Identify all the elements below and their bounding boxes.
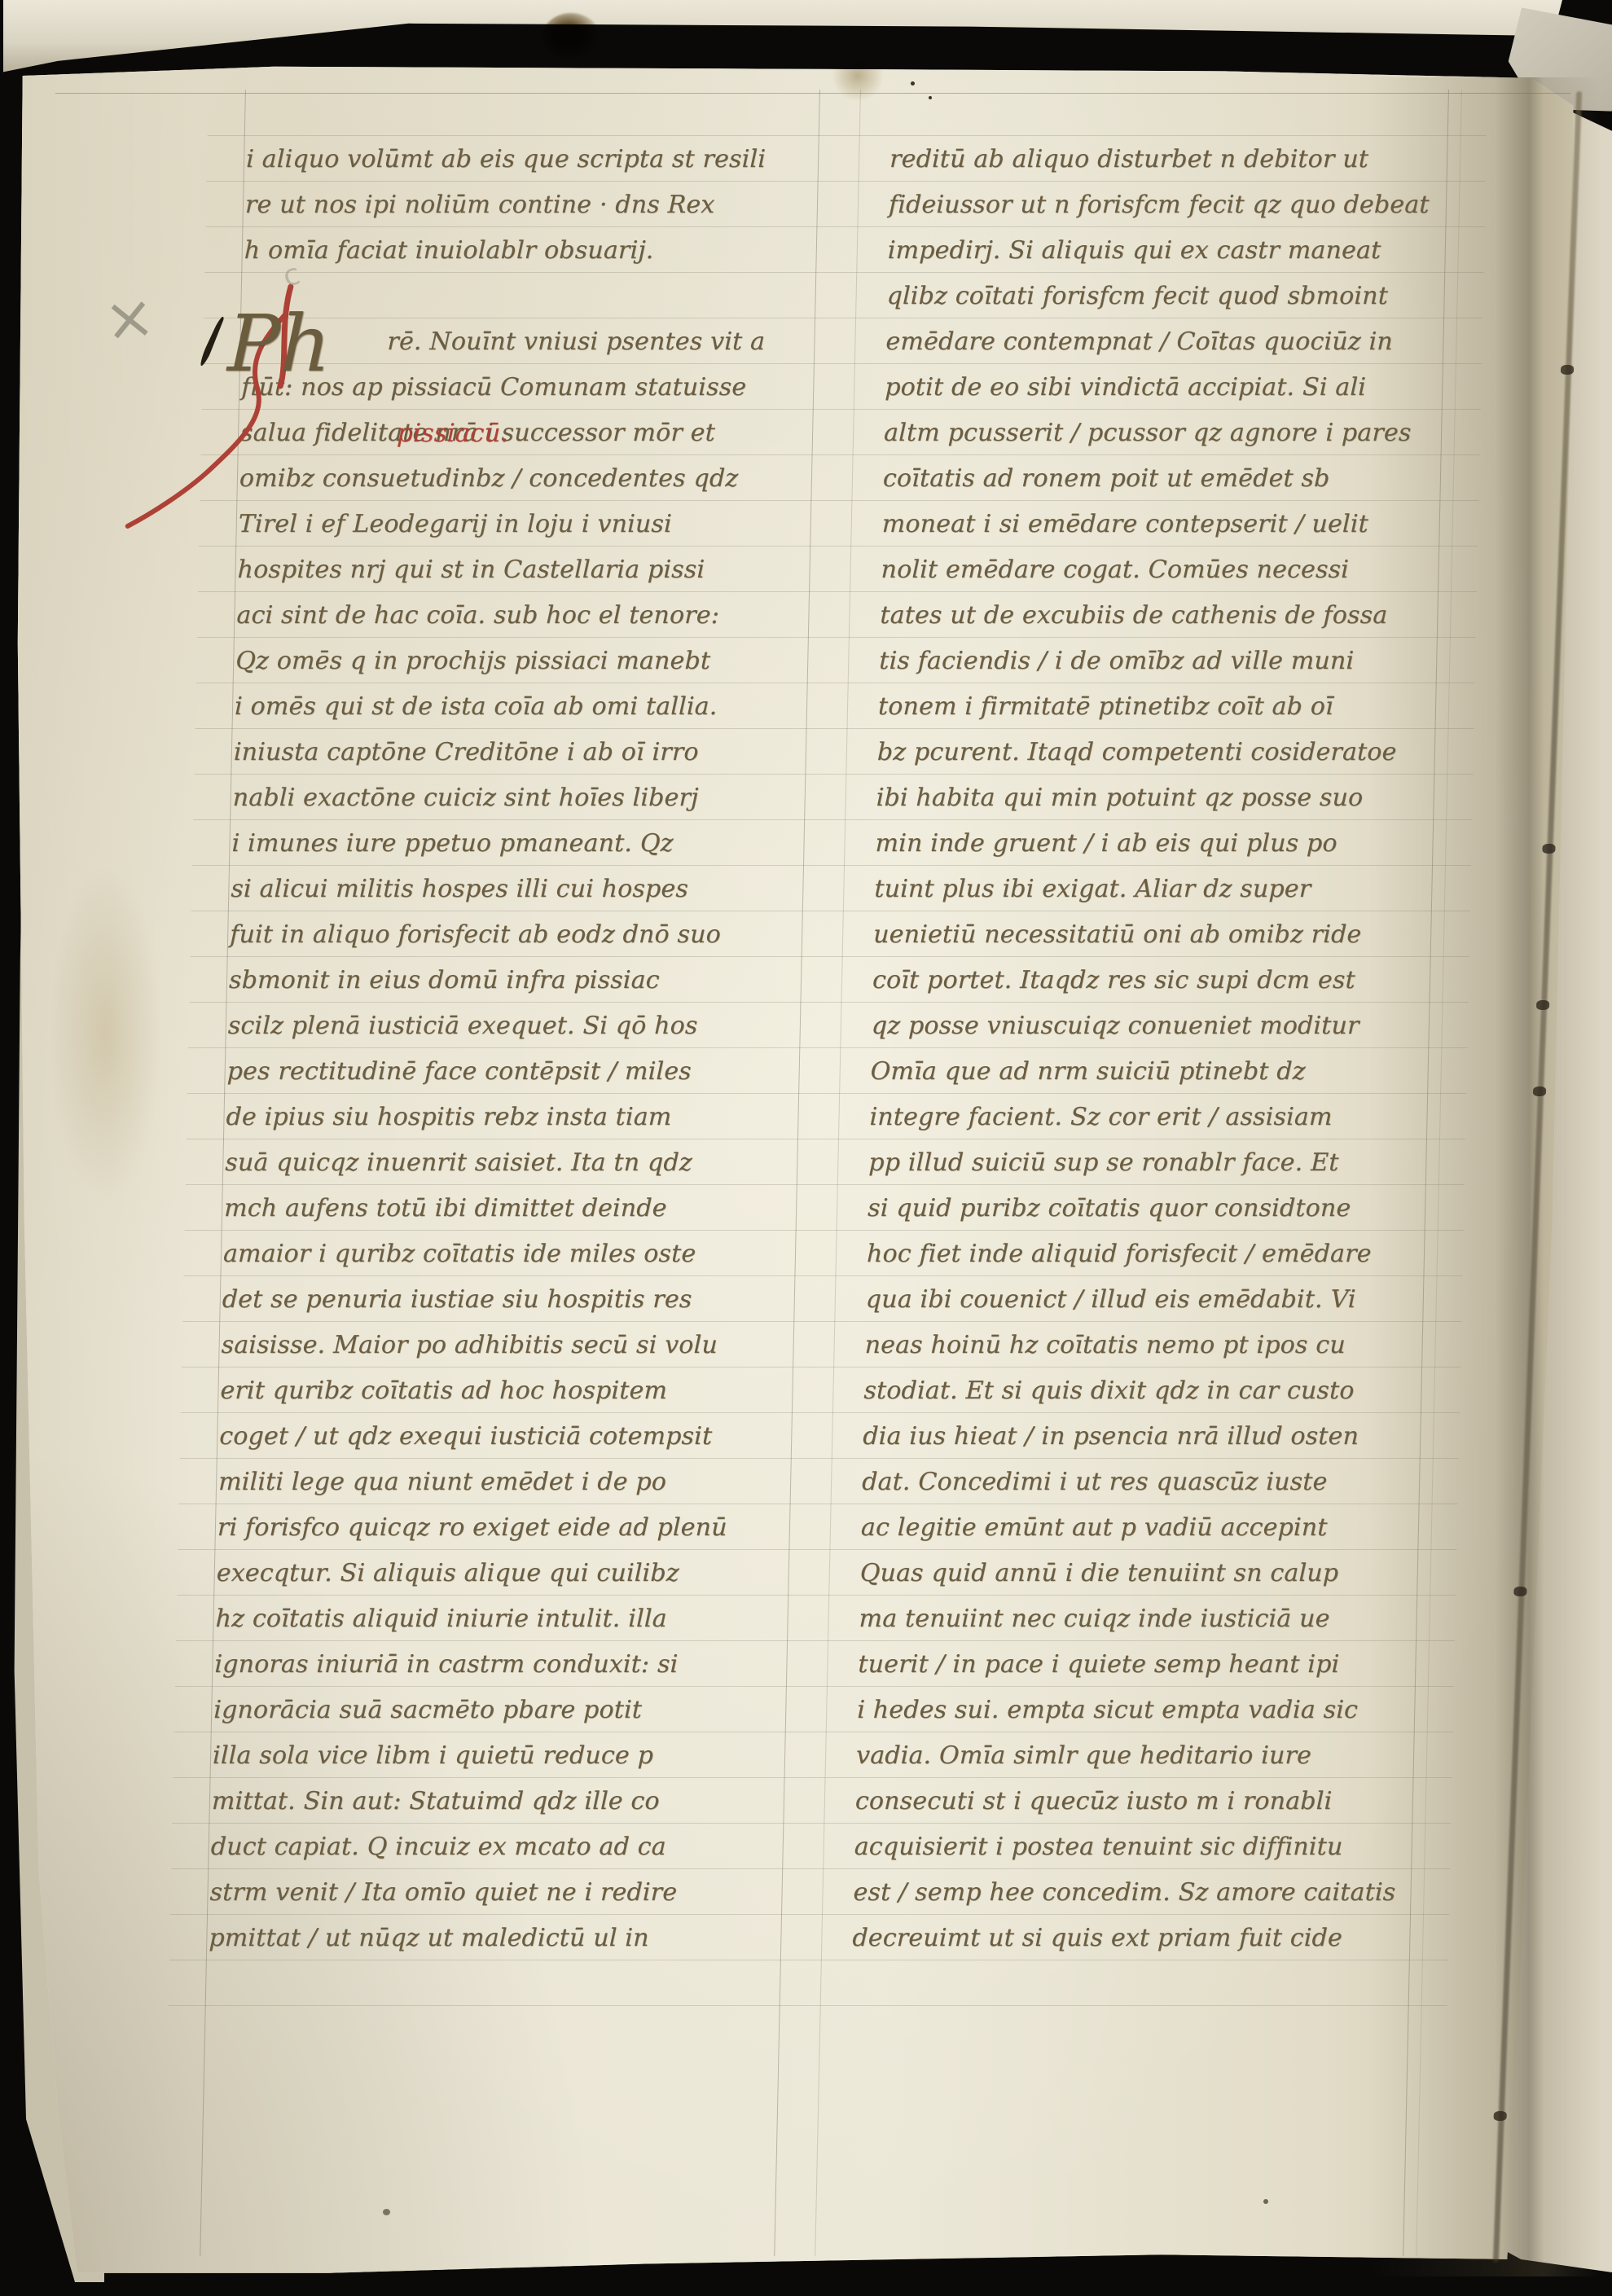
text-block: i aliquo volūmt ab eis que scripta st re… [0,0,1612,2296]
text-line: erit quribz coītatis ad hoc hospitem [220,1368,795,1414]
left-intro-lines: i aliquo volūmt ab eis que scripta st re… [244,137,821,274]
ruling-top-line [55,93,1570,94]
speck [1263,2199,1268,2204]
text-line: consecuti st i quecūz iusto m i ronabli [854,1779,1417,1824]
manuscript-photo: { "manuscript": { "rubric": "pissiacū.",… [0,0,1612,2296]
right-lines: reditū ab aliquo disturbet n debitor utf… [852,137,1452,1961]
text-line: decreuimt ut si quis ext priam fuit cide [852,1916,1415,1961]
text-line: coīt portet. Itaqdz res sic supi dcm est [872,958,1434,1003]
text-line: uenietiū necessitatiū oni ab omibz ride [873,912,1436,958]
text-line: saisisse. Maior po adhibitis secū si vol… [221,1323,796,1368]
text-line: fideiussor ut n forisfcm fecit qz quo de… [888,182,1451,228]
text-line: min inde gruent / i ab eis qui plus po [875,821,1438,867]
text-line: Qz omēs q in prochijs pissiaci manebt [235,639,810,684]
water-stain [831,50,885,101]
text-line: suā quicqz inuenrit saisiet. Ita tn qdz [225,1140,800,1186]
text-line: Omīa que ad nrm suiciū ptinebt dz [870,1049,1433,1095]
text-line: sbmonit in eius domū infra pissiac [228,958,803,1003]
right-column: reditū ab aliquo disturbet n debitor utf… [852,137,1452,1961]
text-line: mittat. Sin aut: Statuimd qdz ille co [211,1779,786,1824]
text-line: ibi habita qui min potuint qz posse suo [876,775,1439,821]
text-line: dat. Concedimi i ut res quascūz iuste [862,1460,1425,1505]
text-line: illa sola vice libm i quietū reduce p [213,1733,788,1779]
text-line: qua ibi couenict / illud eis emēdabit. V… [865,1277,1428,1323]
text-line: qz posse vniuscuiqz conueniet moditur [871,1003,1434,1049]
text-line: coget / ut qdz exequi iusticiā cotempsit [219,1414,794,1460]
decorated-initial: Ph [226,305,332,383]
text-line: est / semp hee concedim. Sz amore caitat… [853,1870,1416,1916]
speck [911,81,915,86]
text-line: mch aufens totū ibi dimittet deinde [224,1186,799,1231]
text-line: Quas quid annū i die tenuiint sn calup [859,1551,1422,1596]
text-line: fuit in aliquo forisfecit ab eodz dnō su… [230,912,805,958]
text-line: scilz plenā iusticiā exequet. Si qō hos [227,1003,802,1049]
text-line: hoc fiet inde aliquid forisfecit / emēda… [866,1231,1429,1277]
text-line: aci sint de hac coīa. sub hoc el tenore: [236,593,811,639]
text-line: neas hoinū hz coītatis nemo pt ipos cu [864,1323,1427,1368]
text-line: pp illud suiciū sup se ronablr face. Et [868,1140,1431,1186]
text-line: ma tenuiint nec cuiqz inde iusticiā ue [859,1596,1421,1642]
text-line: impedirj. Si aliquis qui ex castr maneat [887,228,1450,274]
rubric-heading: pissiacū. [240,410,509,456]
margin-cross-mark: × [101,281,159,356]
text-line: i omēs qui st de ista coīa ab omi tallia… [234,684,809,730]
text-line: de ipius siu hospitis rebz insta tiam [226,1095,801,1140]
text-line: nabli exactōne cuiciz sint hoīes liberj [232,775,807,821]
text-line: re ut nos ipi noliūm contine · dns Rex [244,182,819,228]
speck [383,2209,390,2215]
left-body-lines: rē. Nouīnt vniusi psentes vit afiūt: nos… [209,319,817,1961]
text-line: tates ut de excubiis de cathenis de foss… [880,593,1443,639]
text-line: execqtur. Si aliquis alique qui cuilibz [216,1551,791,1596]
text-line: det se penuria iustiae siu hospitis res [222,1277,797,1323]
text-line: i aliquo volūmt ab eis que scripta st re… [246,137,821,182]
text-line: ignoras iniuriā in castrm conduxit: si [214,1642,789,1688]
text-line: coītatis ad ronem poit ut emēdet sb [882,456,1445,502]
text-line: qlibz coītati forisfcm fecit quod sbmoin… [886,274,1449,319]
text-line: i imunes iure ppetuo pmaneant. Qz [231,821,806,867]
text-line: stodiat. Et si quis dixit qdz in car cus… [863,1368,1426,1414]
text-line: acquisierit i postea tenuint sic diffini… [854,1824,1417,1870]
text-line: vadia. Omīa simlr que heditario iure [856,1733,1419,1779]
text-line: duct capiat. Q incuiz ex mcato ad ca [210,1824,785,1870]
text-line: tuerit / in pace i quiete semp heant ipi [858,1642,1421,1688]
text-line: tuint plus ibi exigat. Aliar dz super [874,867,1437,912]
text-line: nolit emēdare cogat. Comūes necessi [881,547,1443,593]
text-line: bz pcurent. Itaqd competenti cosideratoe [876,730,1439,775]
text-line: i hedes sui. empta sicut empta vadia sic [857,1688,1420,1733]
text-line: si alicui militis hospes illi cui hospes [231,867,806,912]
text-line: pes rectitudinē face contēpsit / miles [226,1049,802,1095]
text-line: ac legitie emūnt aut p vadiū accepint [860,1505,1423,1551]
text-line: ri forisfco quicqz ro exiget eide ad ple… [217,1505,792,1551]
text-line: hz coītatis aliquid iniurie intulit. ill… [215,1596,790,1642]
text-line: hospites nrj qui st in Castellaria pissi [237,547,812,593]
text-line: militi lege qua niunt emēdet i de po [218,1460,793,1505]
text-line: integre facient. Sz cor erit / assisiam [869,1095,1432,1140]
text-line: reditū ab aliquo disturbet n debitor ut [889,137,1452,182]
text-line: altm pcusserit / pcussor qz agnore i par… [884,410,1447,456]
ink-stain [542,13,600,60]
text-line: ignorācia suā sacmēto pbare potit [213,1688,788,1733]
text-line: strm venit / Ita omīo quiet ne i redire [209,1870,784,1916]
text-line: amaior i quribz coītatis ide miles oste [222,1231,797,1277]
text-line: si quid puribz coītatis quor considtone [867,1186,1430,1231]
text-line: dia ius hieat / in psencia nrā illud ost… [863,1414,1425,1460]
text-line: tonem i firmitatē ptinetibz coīt ab oī [877,684,1440,730]
speck [929,96,932,99]
text-line: h omīa faciat inuiolablr obsuarij. [244,228,819,274]
text-line: pmittat / ut nūqz ut maledictū ul in [209,1916,784,1961]
edge-discoloration [49,863,163,1205]
text-line: potit de eo sibi vindictā accipiat. Si a… [885,365,1447,410]
text-line: emēdare contempnat / Coītas quociūz in [885,319,1448,365]
text-line: tis faciendis / i de omībz ad ville muni [879,639,1442,684]
text-line: moneat i si emēdare contepserit / uelit [881,502,1444,547]
text-line: iniusta captōne Creditōne i ab oī irro [233,730,808,775]
